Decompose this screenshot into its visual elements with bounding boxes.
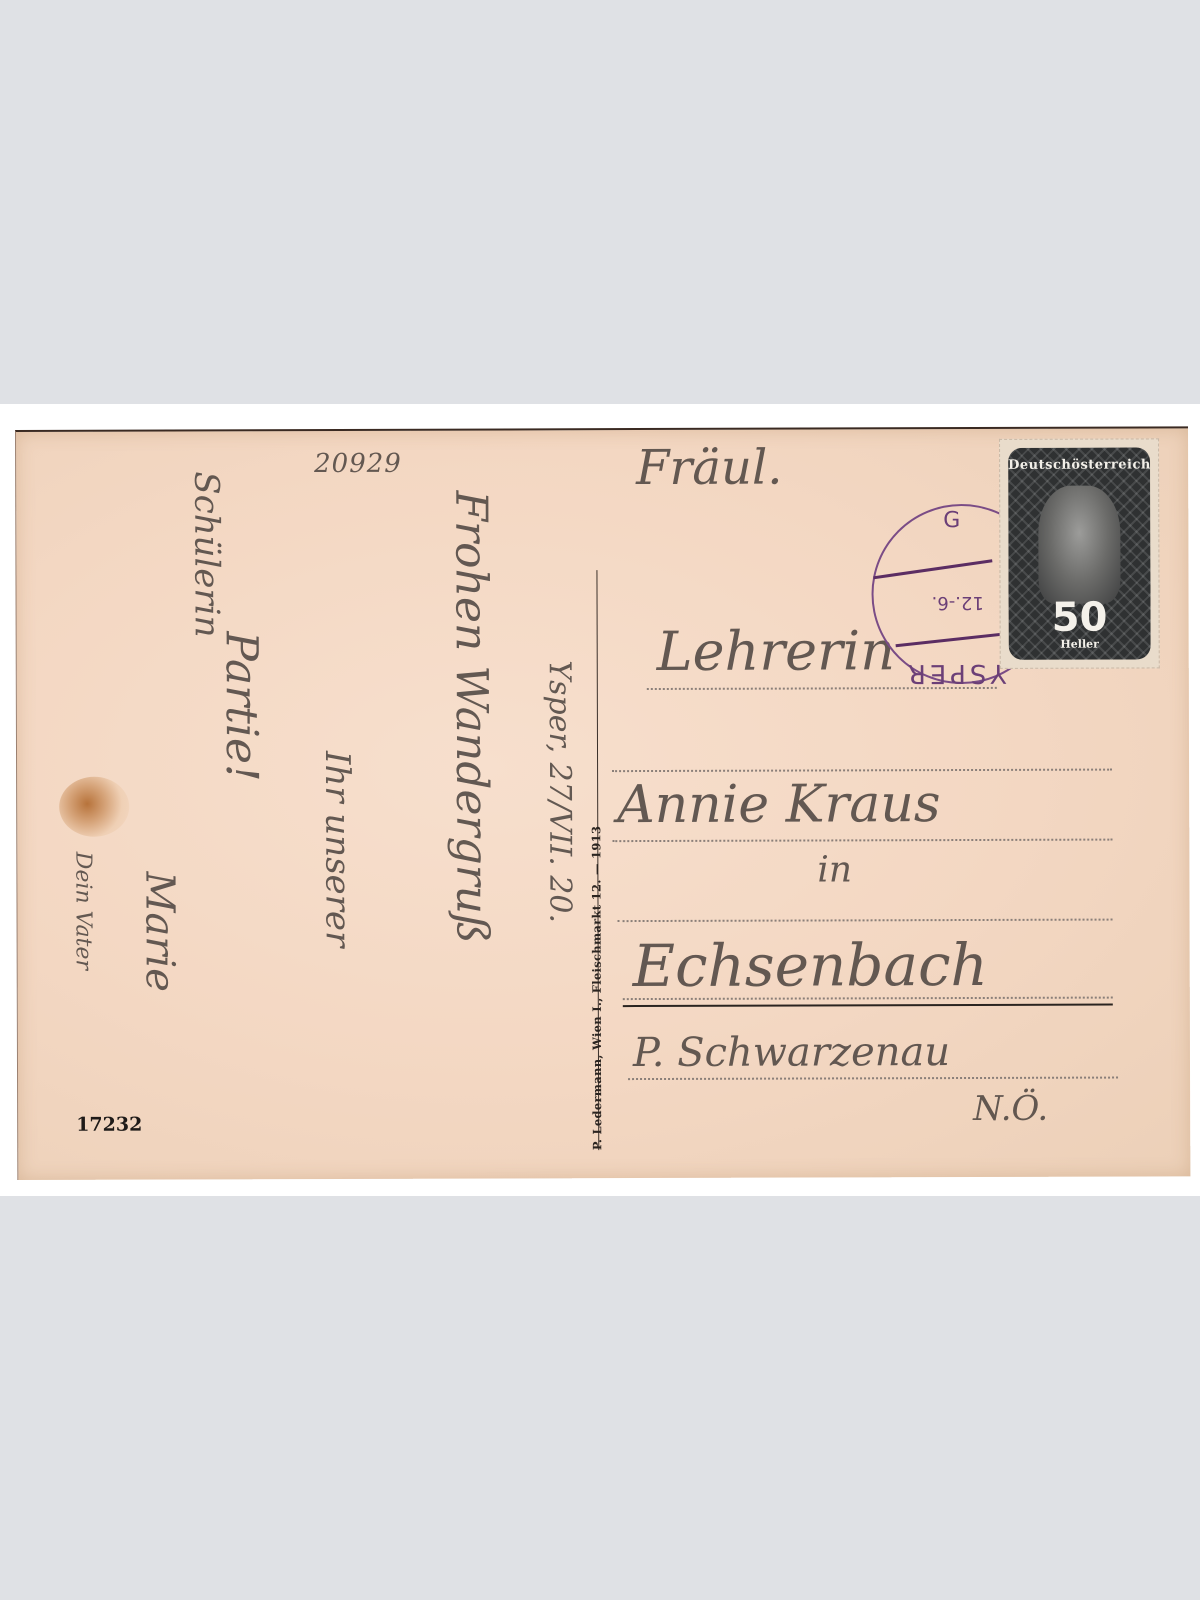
stamp-figure-icon — [1038, 486, 1120, 604]
address-line-4 — [618, 919, 1113, 923]
address-title: Lehrerin — [657, 619, 895, 683]
message-date: Ysper, 27/VII. 20. — [542, 660, 578, 923]
address-line-3 — [612, 839, 1112, 843]
address-line-2 — [612, 769, 1112, 773]
address-name: Annie Kraus — [617, 774, 941, 835]
postage-stamp: Deutschösterreich 50 Heller — [999, 438, 1160, 669]
postmark-cancel-bar — [873, 559, 992, 579]
address-region: N.Ö. — [973, 1089, 1048, 1129]
postcard: 20929 Frohen Wandergruß Ysper, 27/VII. 2… — [15, 426, 1190, 1180]
message-line-2: Ihr unserer — [317, 751, 358, 948]
archive-number: 20929 — [314, 449, 402, 479]
stamp-currency: Heller — [1009, 637, 1151, 650]
signature: Marie — [136, 871, 182, 992]
stamp-value: 50 — [1009, 597, 1151, 637]
foxing-stain — [59, 777, 129, 837]
address-line-6 — [628, 1077, 1118, 1081]
address-post-office: P. Schwarzenau — [633, 1029, 950, 1076]
signature-addendum: Dein Vater — [70, 852, 95, 970]
postmark-place: YSPER — [904, 658, 1007, 688]
stamp-country: Deutschösterreich — [1008, 457, 1150, 472]
address-town: Echsenbach — [633, 931, 988, 1000]
stamp-design: Deutschösterreich 50 Heller — [1008, 447, 1151, 659]
postmark-cancel-bar — [896, 631, 1016, 647]
message-line-3: Partie! — [216, 631, 267, 782]
postmark-letter: G — [943, 508, 960, 533]
message-line-greeting: Frohen Wandergruß — [445, 490, 497, 943]
address-underline — [623, 1004, 1113, 1008]
publisher-imprint: P. Ledermann, Wien I., Fleischmarkt 12. … — [589, 826, 604, 1150]
address-preposition: in — [817, 849, 852, 890]
message-line-4: Schülerin — [186, 471, 227, 637]
postmark-date: 12.-6. — [932, 592, 984, 613]
catalog-number: 17232 — [76, 1114, 142, 1136]
address-salutation: Fräul. — [636, 440, 783, 496]
